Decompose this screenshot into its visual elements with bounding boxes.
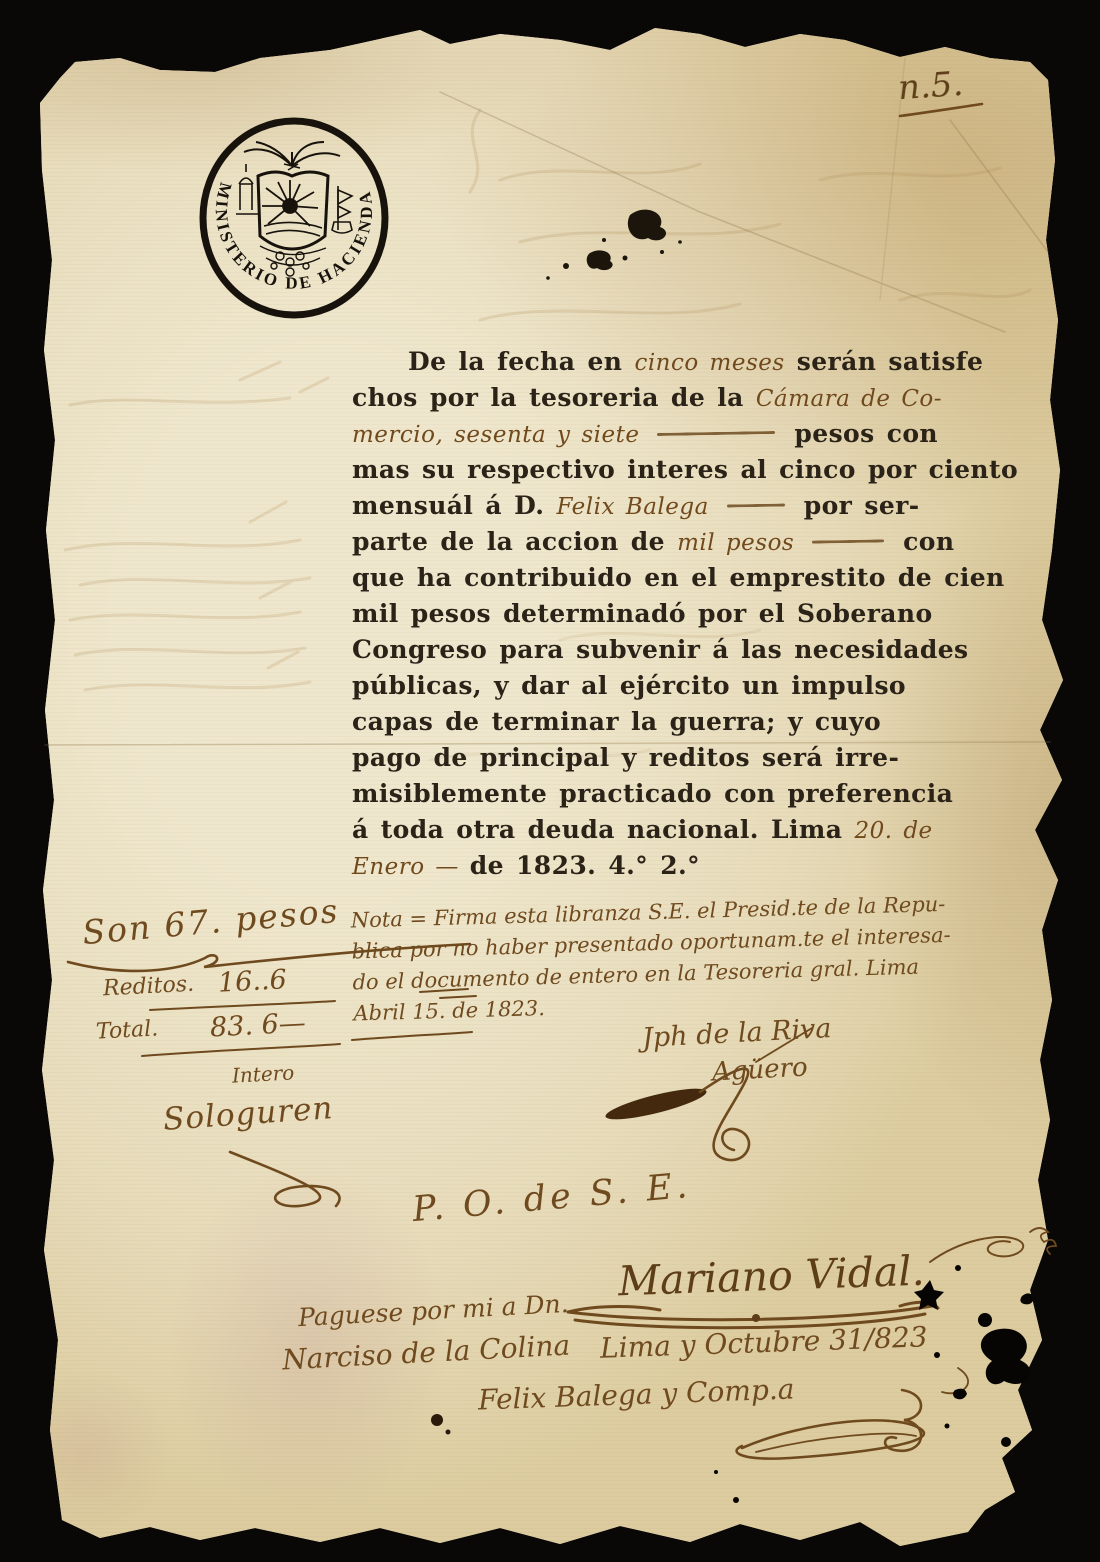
document-scan: { "document": { "page_number": "n.5.", "… (0, 0, 1100, 1562)
paper-holes (0, 0, 1100, 1562)
